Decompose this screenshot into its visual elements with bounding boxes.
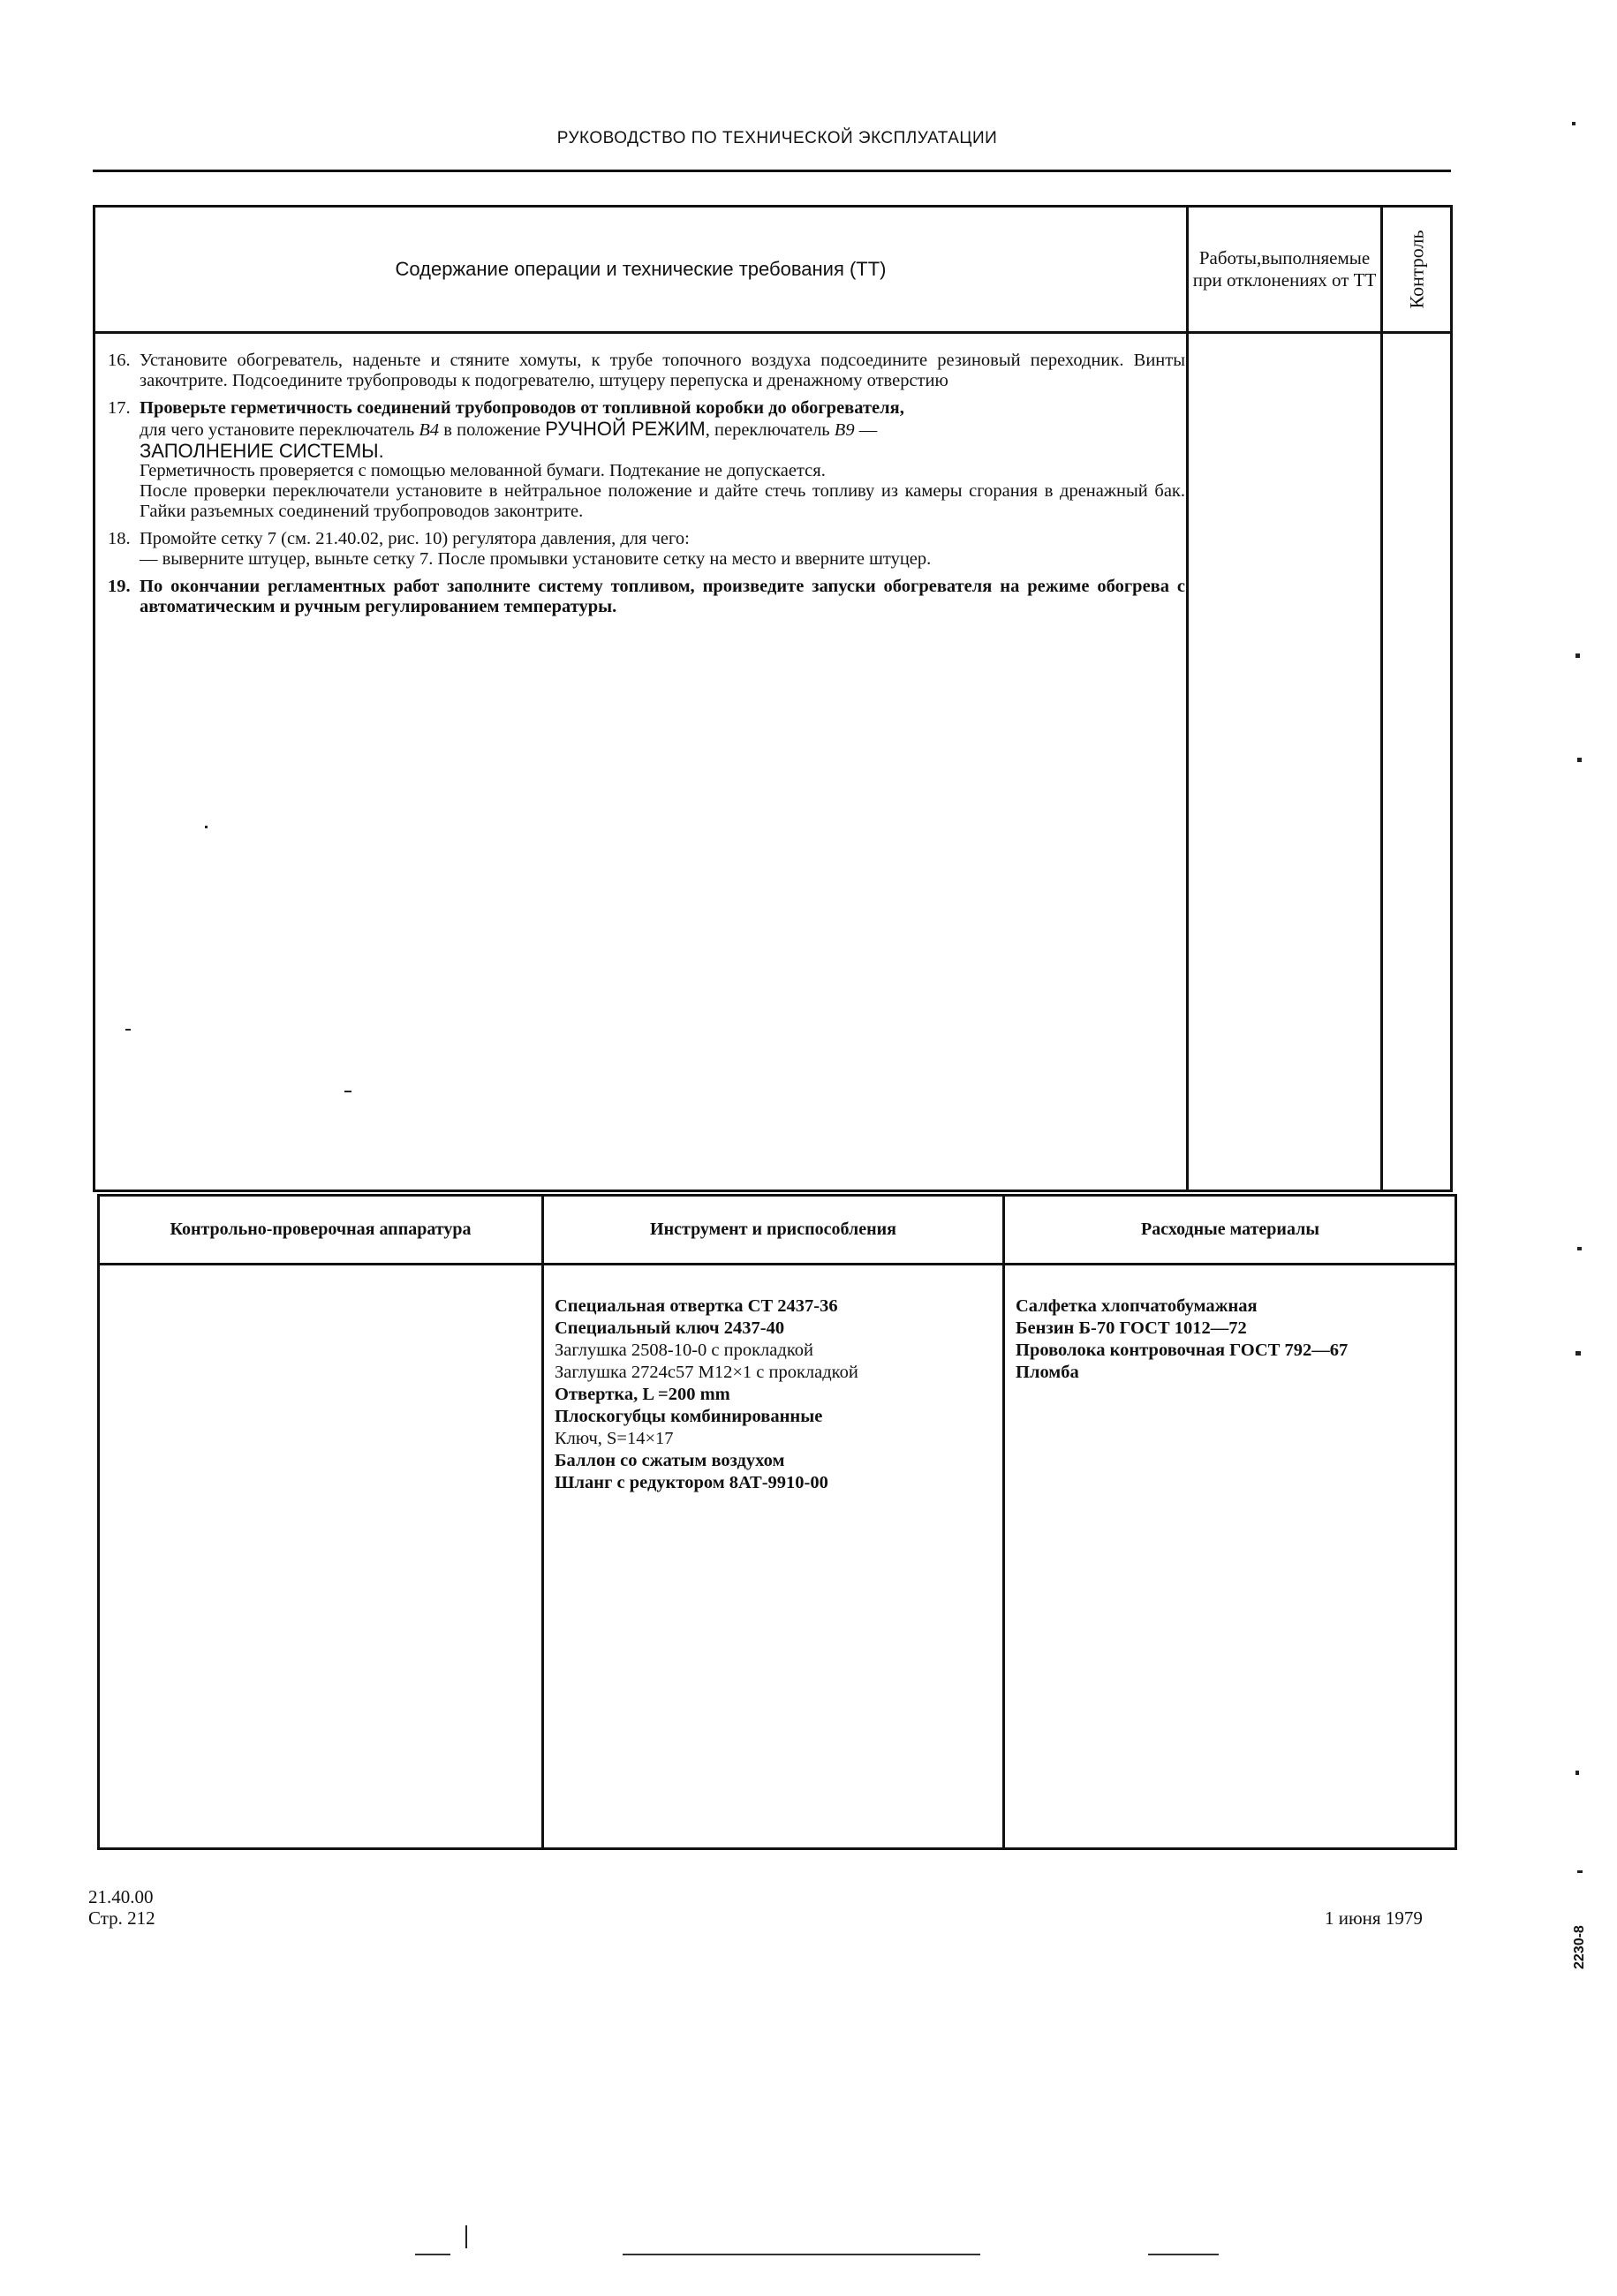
operations-list: 16. Установите обогреватель, наденьте и … — [108, 351, 1185, 624]
text-segment: — — [855, 420, 878, 440]
step-17: 17. Проверьте герметичность соединений т… — [108, 398, 1185, 522]
scan-speck — [1577, 1870, 1583, 1873]
step-paragraph: По окончании регламентных работ заполнит… — [140, 577, 1185, 617]
step-number: 17. — [108, 398, 140, 522]
step-16: 16. Установите обогреватель, наденьте и … — [108, 351, 1185, 391]
tool-item: Отвертка, L =200 mm — [555, 1384, 858, 1406]
tool-item: Заглушка 2724с57 М12×1 с прокладкой — [555, 1362, 858, 1384]
tool-item: Специальный ключ 2437-40 — [555, 1318, 858, 1340]
step-paragraph: Проверьте герметичность соединений трубо… — [140, 398, 1185, 419]
column-divider — [1002, 1197, 1005, 1847]
text-segment: , переключатель — [706, 420, 835, 440]
tool-item: Ключ, S=14×17 — [555, 1428, 858, 1450]
step-paragraph: Промойте сетку 7 (см. 21.40.02, рис. 10)… — [140, 529, 931, 549]
step-text: Проверьте герметичность соединений трубо… — [140, 398, 1185, 522]
header-row-rule — [95, 331, 1450, 334]
header-operation-content: Содержание операции и технические требов… — [95, 208, 1186, 331]
step-number: 18. — [108, 529, 140, 570]
step-paragraph: Установите обогреватель, наденьте и стян… — [140, 351, 1185, 391]
scan-speck — [1575, 1351, 1581, 1356]
operations-table: Содержание операции и технические требов… — [93, 205, 1453, 1192]
material-item: Пломба — [1016, 1362, 1348, 1384]
step-text: Установите обогреватель, наденьте и стян… — [140, 351, 1185, 391]
material-item: Проволока контровочная ГОСТ 792—67 — [1016, 1340, 1348, 1362]
trim-line — [415, 2254, 450, 2255]
scan-speck — [344, 1091, 351, 1092]
header-tools: Инструмент и приспособления — [544, 1197, 1002, 1263]
header-control: Контроль — [1383, 208, 1450, 331]
scan-speck — [1577, 758, 1582, 762]
materials-list: Салфетка хлопчатобумажная Бензин Б-70 ГО… — [1016, 1295, 1348, 1384]
switch-b4: В4 — [419, 420, 439, 440]
step-18: 18. Промойте сетку 7 (см. 21.40.02, рис.… — [108, 529, 1185, 570]
side-print-mark: 2230-8 — [1572, 1925, 1588, 1969]
header-consumables: Расходные материалы — [1005, 1197, 1455, 1263]
section-code: 21.40.00 — [88, 1886, 155, 1907]
scan-speck — [205, 826, 208, 828]
step-text: Промойте сетку 7 (см. 21.40.02, рис. 10)… — [140, 529, 931, 570]
column-divider — [1186, 208, 1189, 1190]
step-paragraph: — выверните штуцер, выньте сетку 7. Посл… — [140, 549, 931, 570]
scan-speck — [125, 1029, 131, 1031]
page-number: Стр. 212 — [88, 1907, 155, 1929]
scan-speck — [1572, 122, 1575, 125]
tool-item: Шланг с редуктором 8АТ-9910-00 — [555, 1472, 858, 1494]
revision-date: 1 июня 1979 — [1325, 1907, 1423, 1930]
trim-line — [623, 2254, 980, 2255]
scan-speck — [1575, 1771, 1579, 1775]
column-divider — [1380, 208, 1383, 1190]
column-divider — [541, 1197, 544, 1847]
header-test-equipment: Контрольно-проверочная аппаратура — [100, 1197, 541, 1263]
header-row-rule — [100, 1263, 1455, 1265]
material-item: Бензин Б-70 ГОСТ 1012—72 — [1016, 1318, 1348, 1340]
step-text: По окончании регламентных работ заполнит… — [140, 577, 1185, 617]
header-deviation-works: Работы,выполняемые при отклонениях от ТТ — [1189, 208, 1380, 331]
mode-manual: РУЧНОЙ РЕЖИМ — [545, 418, 706, 440]
scan-speck — [1577, 1247, 1582, 1250]
text-segment: в положение — [439, 420, 545, 440]
trim-mark — [465, 2225, 467, 2248]
resources-table: Контрольно-проверочная аппаратура Инстру… — [97, 1194, 1457, 1850]
step-paragraph: После проверки переключатели установите … — [140, 481, 1185, 522]
tool-item: Плоскогубцы комбинированные — [555, 1406, 858, 1428]
running-head: РУКОВОДСТВО ПО ТЕХНИЧЕСКОЙ ЭКСПЛУАТАЦИИ — [0, 129, 1554, 148]
scan-speck — [1575, 653, 1580, 658]
step-number: 16. — [108, 351, 140, 391]
tool-item: Заглушка 2508-10-0 с прокладкой — [555, 1340, 858, 1362]
step-paragraph: Герметичность проверяется с помощью мело… — [140, 461, 1185, 481]
text-segment: для чего установите переключатель — [140, 420, 419, 440]
switch-b9: В9 — [835, 420, 855, 440]
material-item: Салфетка хлопчатобумажная — [1016, 1295, 1348, 1318]
tool-item: Баллон со сжатым воздухом — [555, 1450, 858, 1472]
header-control-label: Контроль — [1405, 230, 1428, 309]
trim-line — [1148, 2254, 1219, 2255]
header-rule — [93, 170, 1451, 172]
step-19: 19. По окончании регламентных работ запо… — [108, 577, 1185, 617]
step-number: 19. — [108, 577, 140, 617]
mode-fill-system: ЗАПОЛНЕНИЕ СИСТЕМЫ. — [140, 441, 1185, 461]
step-paragraph: для чего установите переключатель В4 в п… — [140, 419, 1185, 441]
tool-item: Специальная отвертка СТ 2437-36 — [555, 1295, 858, 1318]
tools-list: Специальная отвертка СТ 2437-36 Специаль… — [555, 1295, 858, 1494]
footer-code: 21.40.00 Стр. 212 — [88, 1886, 155, 1929]
